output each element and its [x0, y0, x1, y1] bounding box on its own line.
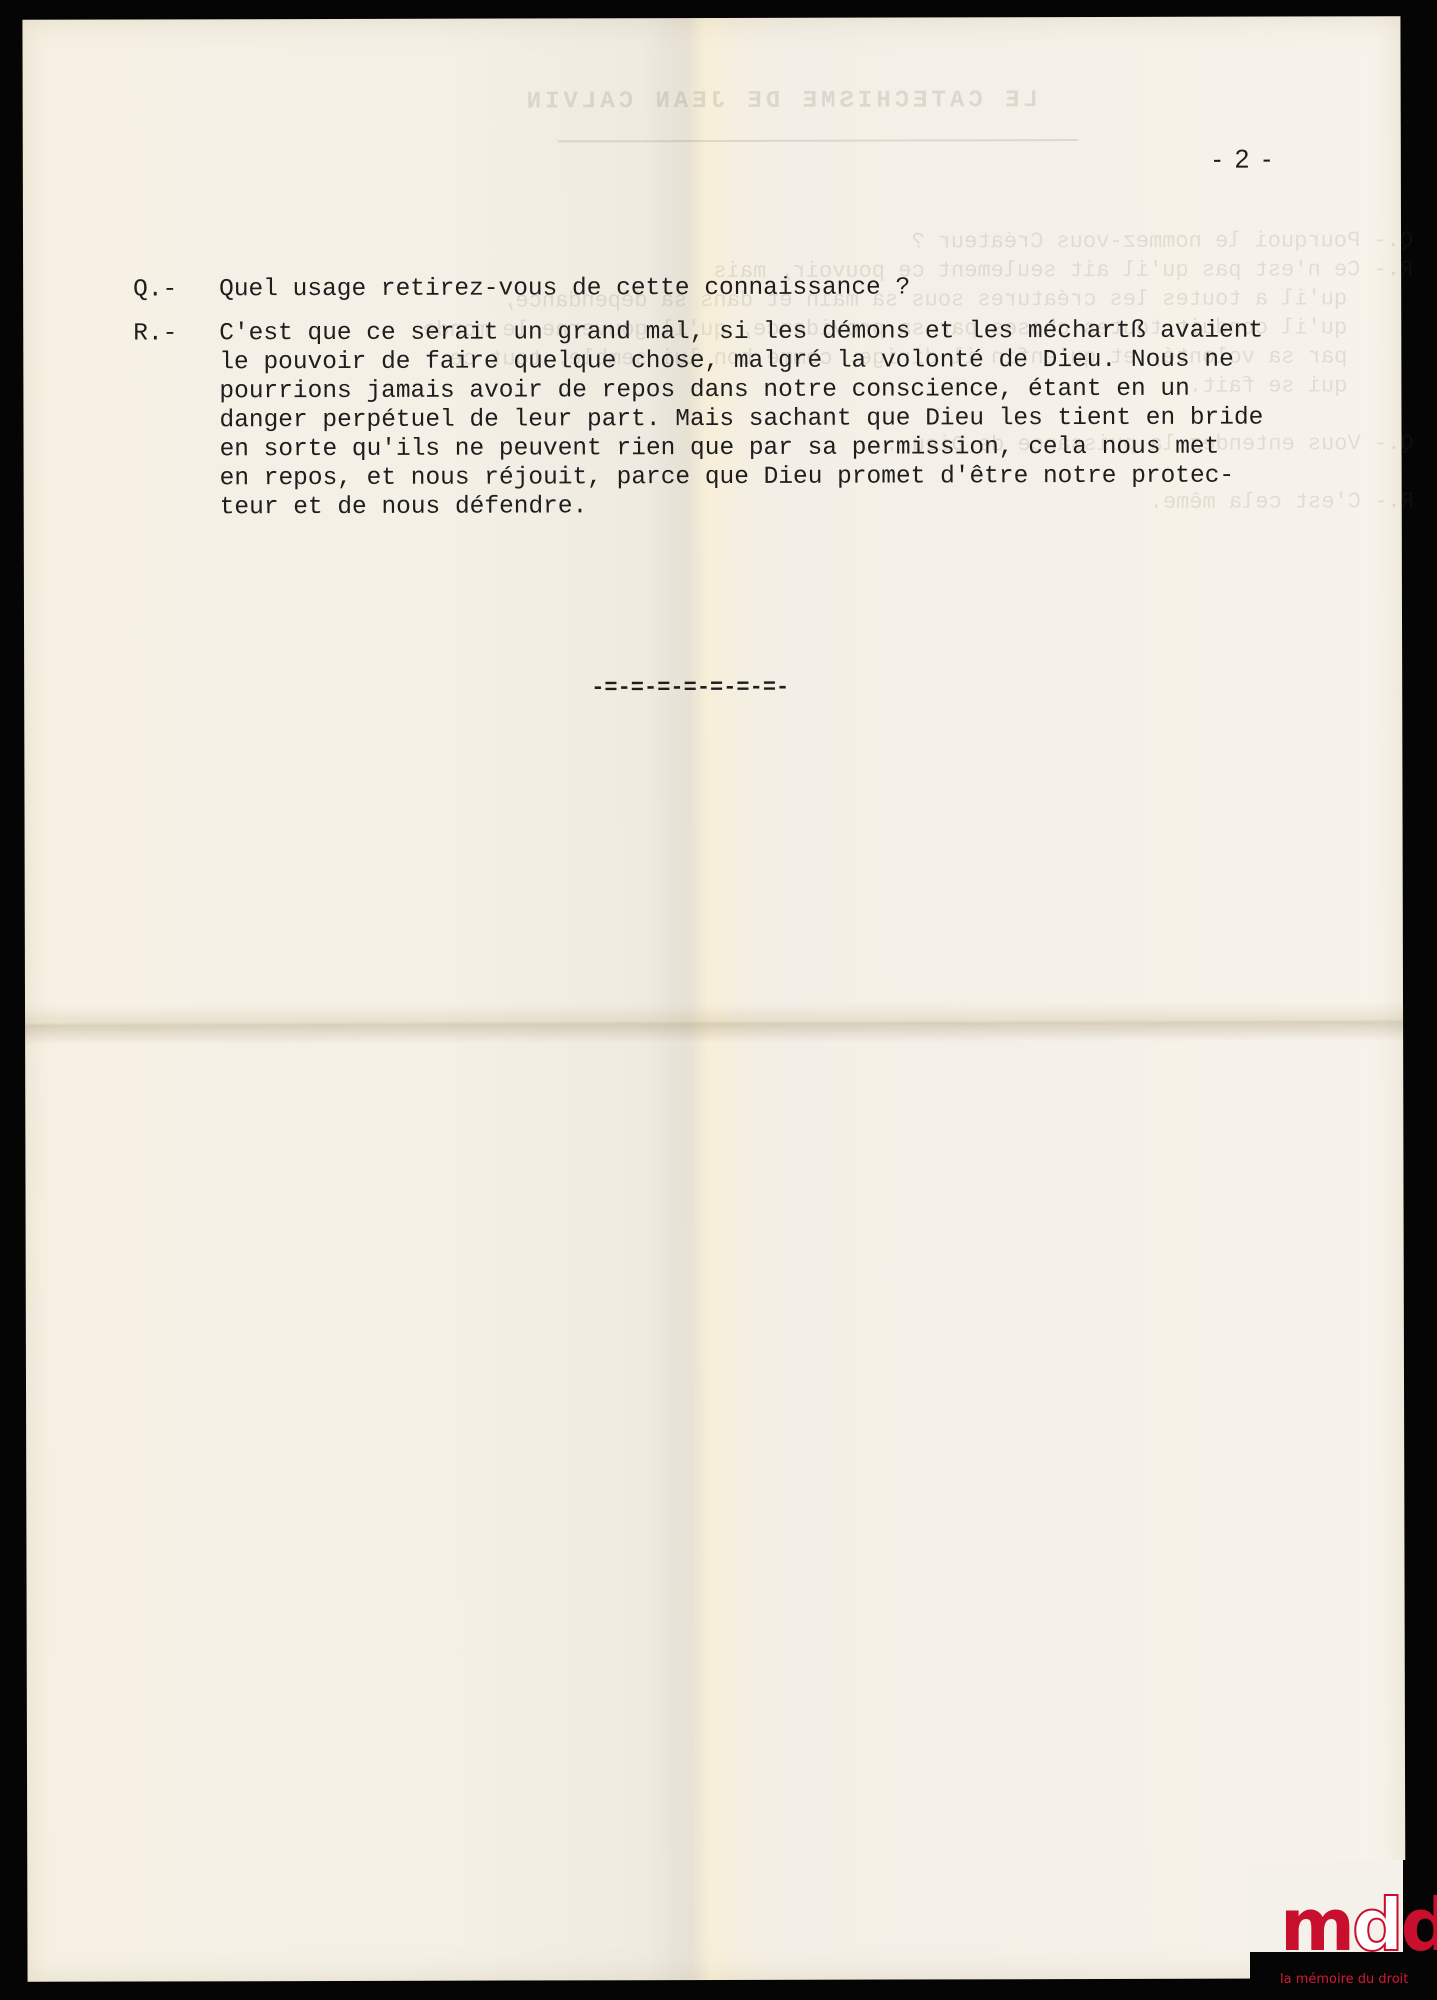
page-number: - 2 -: [1213, 144, 1274, 175]
logo-letter-d-outline: d: [1352, 1883, 1401, 1967]
response-line: le pouvoir de faire quelque chose, malgr…: [219, 346, 1263, 378]
response-text: C'est que ce serait un grand mal, si les…: [219, 317, 1263, 523]
response-marker: R.-: [133, 319, 213, 348]
response-line: danger perpétuel de leur part. Mais sach…: [219, 404, 1263, 436]
scanned-page: LE CATECHISME DE JEAN CALVIN Q.- Pourquo…: [22, 16, 1405, 1982]
horizontal-fold-crease: [25, 1001, 1403, 1045]
response-line: teur et de nous défendre.: [220, 491, 1264, 523]
response-line: en sorte qu'ils ne peuvent rien que par …: [220, 433, 1264, 465]
logo-letter-d: d: [1401, 1883, 1437, 1967]
question-marker: Q.-: [133, 275, 213, 304]
response-line: pourrions jamais avoir de repos dans not…: [219, 375, 1263, 407]
mdd-logo-mark: mdd: [1280, 1893, 1437, 1957]
bleed-through-header: LE CATECHISME DE JEAN CALVIN: [523, 87, 1038, 115]
logo-tagline: la mémoire du droit: [1280, 1972, 1408, 1987]
response-line: en repos, et nous réjouit, parce que Die…: [220, 462, 1264, 494]
section-separator: -=-=-=-=-=-=-=-: [591, 675, 789, 701]
bleed-through-rule: [558, 139, 1078, 142]
vertical-fold-shadow: [642, 18, 737, 1980]
response-line: C'est que ce serait un grand mal, si les…: [219, 317, 1263, 349]
question-line: Quel usage retirez-vous de cette connais…: [219, 274, 910, 303]
mdd-watermark-logo: mdd la mémoire du droit: [1250, 1860, 1437, 2000]
logo-letter-m: m: [1280, 1883, 1352, 1967]
question-text: Quel usage retirez-vous de cette connais…: [219, 273, 910, 304]
